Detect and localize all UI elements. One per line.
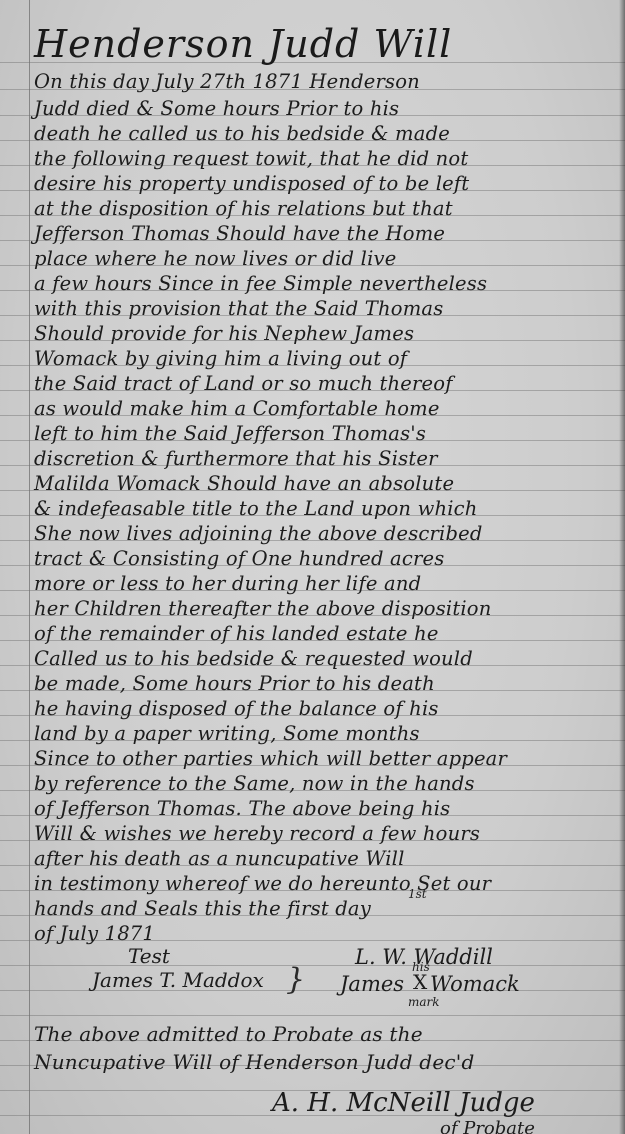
body-line: On this day July 27th 1871 Henderson [34,70,420,93]
ruled-line [0,965,625,966]
ledger-page: Henderson Judd Will On this day July 27t… [0,0,625,1134]
body-line: discretion & furthermore that his Sister [34,447,438,470]
body-line: her Children thereafter the above dispos… [34,597,492,620]
body-line: the Said tract of Land or so much thereo… [34,372,453,395]
judge-signature: A. H. McNeill Judge [272,1088,535,1118]
probate-line: Nuncupative Will of Henderson Judd dec'd [34,1050,474,1074]
attest-label: Test [128,944,170,968]
ruled-line [0,1015,625,1016]
body-line: Malilda Womack Should have an absolute [34,472,454,495]
body-line: place where he now lives or did live [34,247,396,270]
body-line: Since to other parties which will better… [34,747,507,770]
body-line: Judd died & Some hours Prior to his [34,97,399,120]
body-line: a few hours Since in fee Simple neverthe… [34,272,487,295]
body-line: Should provide for his Nephew James [34,322,414,345]
body-line: of July 1871 [34,922,155,945]
body-line: desire his property undisposed of to be … [34,172,469,195]
body-line: he having disposed of the balance of his [34,697,439,720]
body-line: Womack by giving him a living out of [34,347,407,370]
body-line: with this provision that the Said Thomas [34,297,443,320]
body-line: of the remainder of his landed estate he [34,622,439,645]
body-line: Jefferson Thomas Should have the Home [34,222,445,245]
body-line: hands and Seals this the first day [34,897,371,920]
body-line: Called us to his bedside & requested wou… [34,647,473,670]
body-line: tract & Consisting of One hundred acres [34,547,444,570]
margin-line [29,0,30,1134]
witness-signature-james: James [340,972,404,996]
probate-line: The above admitted to Probate as the [34,1022,423,1046]
body-line: the following request towit, that he did… [34,147,468,170]
body-line: death he called us to his bedside & made [34,122,450,145]
brace: } [286,962,305,997]
judge-subtitle: of Probate [440,1118,535,1134]
mark-x: X [413,970,427,994]
mark-label: mark [408,995,440,1009]
body-line: She now lives adjoining the above descri… [34,522,483,545]
document-title: Henderson Judd Will [34,22,452,66]
body-line: Will & wishes we hereby record a few hou… [34,822,480,845]
body-line: as would make him a Comfortable home [34,397,440,420]
witness-signature-left: James T. Maddox [92,968,264,992]
witness-signature-womack: Womack [430,972,520,996]
body-line: & indefeasable title to the Land upon wh… [34,497,478,520]
body-line: after his death as a nuncupative Will [34,847,405,870]
interlineation: 1st [408,887,427,901]
body-line: land by a paper writing, Some months [34,722,420,745]
body-line: be made, Some hours Prior to his death [34,672,435,695]
body-line: more or less to her during her life and [34,572,421,595]
body-line: of Jefferson Thomas. The above being his [34,797,450,820]
body-line: by reference to the Same, now in the han… [34,772,475,795]
body-line: left to him the Said Jefferson Thomas's [34,422,426,445]
body-line: at the disposition of his relations but … [34,197,453,220]
